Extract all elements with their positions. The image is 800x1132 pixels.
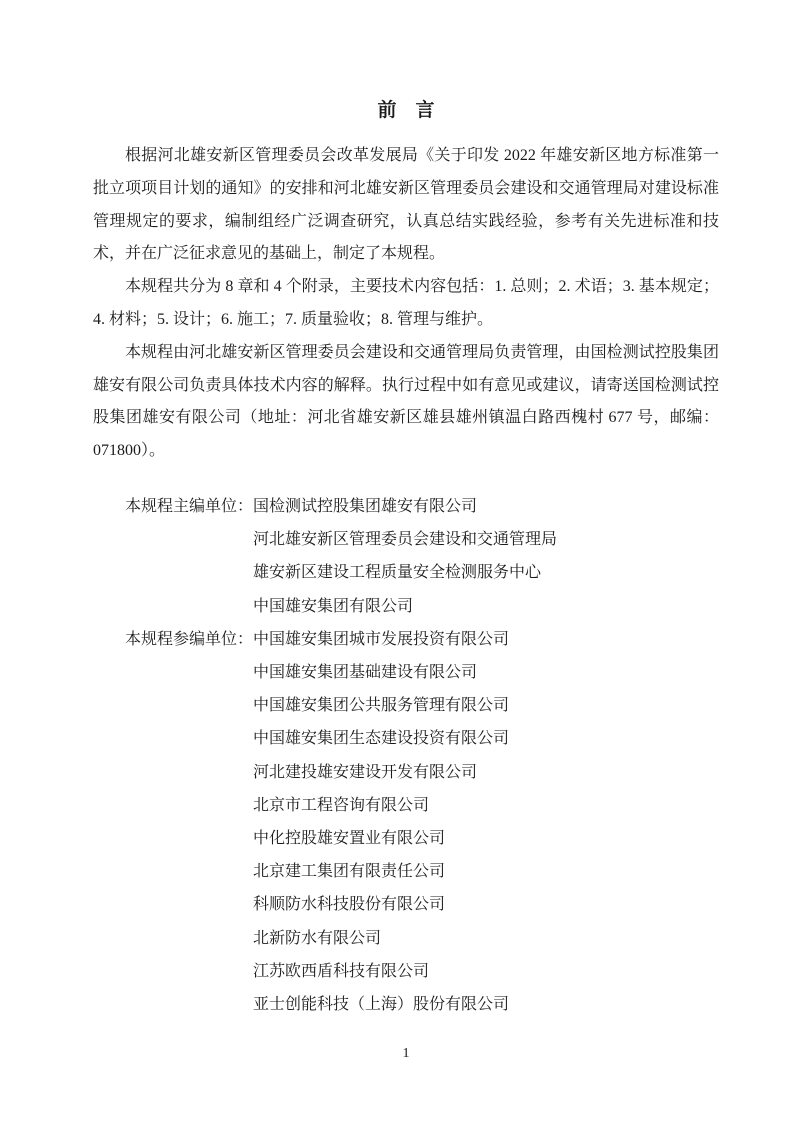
unit-name: 亚士创能科技（上海）股份有限公司	[253, 988, 719, 1021]
unit-name: 中国雄安集团公共服务管理有限公司	[253, 689, 719, 722]
unit-name: 国检测试控股集团雄安有限公司	[253, 490, 719, 523]
body-text: 根据河北雄安新区管理委员会改革发展局《关于印发 2022 年雄安新区地方标准第一…	[93, 140, 719, 468]
unit-name: 中国雄安集团生态建设投资有限公司	[253, 722, 719, 755]
chief-editor-group: 本规程主编单位： 国检测试控股集团雄安有限公司河北雄安新区管理委员会建设和交通管…	[125, 490, 719, 623]
unit-name: 中国雄安集团有限公司	[253, 590, 719, 623]
unit-name: 北京建工集团有限责任公司	[253, 855, 719, 888]
unit-name: 北京市工程咨询有限公司	[253, 789, 719, 822]
unit-name: 雄安新区建设工程质量安全检测服务中心	[253, 556, 719, 589]
unit-name: 中国雄安集团城市发展投资有限公司	[253, 623, 719, 656]
unit-name: 河北雄安新区管理委员会建设和交通管理局	[253, 523, 719, 556]
unit-name: 江苏欧西盾科技有限公司	[253, 955, 719, 988]
participating-editor-group: 本规程参编单位： 中国雄安集团城市发展投资有限公司中国雄安集团基础建设有限公司中…	[125, 623, 719, 1021]
page-title: 前 言	[93, 99, 719, 122]
editing-units: 本规程主编单位： 国检测试控股集团雄安有限公司河北雄安新区管理委员会建设和交通管…	[125, 490, 719, 1021]
page-number: 1	[93, 1044, 719, 1064]
unit-name: 中国雄安集团基础建设有限公司	[253, 656, 719, 689]
participating-editor-label: 本规程参编单位：	[125, 623, 253, 656]
paragraph-basis: 根据河北雄安新区管理委员会改革发展局《关于印发 2022 年雄安新区地方标准第一…	[93, 140, 719, 271]
chief-editor-label: 本规程主编单位：	[125, 490, 253, 523]
chief-editor-names: 国检测试控股集团雄安有限公司河北雄安新区管理委员会建设和交通管理局雄安新区建设工…	[253, 490, 719, 623]
unit-name: 科顺防水科技股份有限公司	[253, 888, 719, 921]
paragraph-management: 本规程由河北雄安新区管理委员会建设和交通管理局负责管理，由国检测试控股集团雄安有…	[93, 337, 719, 468]
unit-name: 中化控股雄安置业有限公司	[253, 822, 719, 855]
paragraph-contents: 本规程共分为 8 章和 4 个附录，主要技术内容包括：1. 总则；2. 术语；3…	[93, 271, 719, 337]
document-page: 前 言 根据河北雄安新区管理委员会改革发展局《关于印发 2022 年雄安新区地方…	[0, 0, 800, 1132]
unit-name: 河北建投雄安建设开发有限公司	[253, 756, 719, 789]
participating-editor-names: 中国雄安集团城市发展投资有限公司中国雄安集团基础建设有限公司中国雄安集团公共服务…	[253, 623, 719, 1021]
unit-name: 北新防水有限公司	[253, 922, 719, 955]
